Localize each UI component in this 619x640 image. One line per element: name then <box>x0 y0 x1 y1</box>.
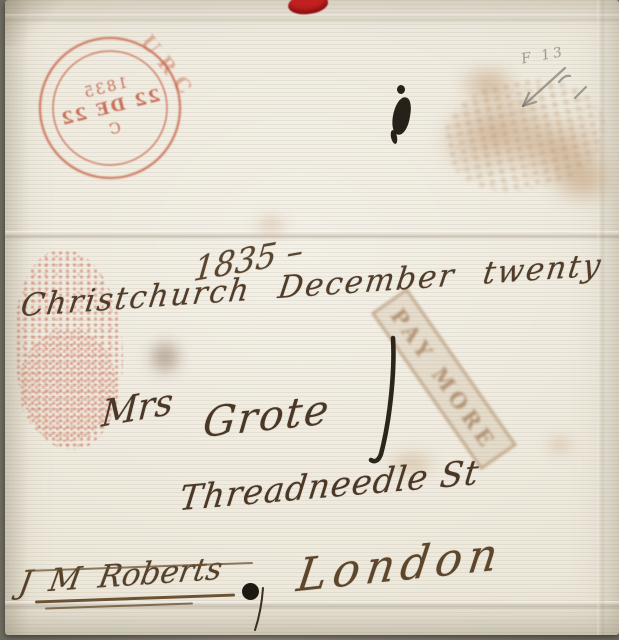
photo-of-letter: 1835 22 DE 22 C URC F 13 <box>0 0 619 640</box>
corner-fold-shadow <box>5 0 75 46</box>
fold-crease-middle <box>5 231 619 240</box>
recipient-name: Grote <box>201 385 333 447</box>
manuscript-charge-1 <box>365 330 405 470</box>
signature-flourish <box>249 586 273 634</box>
fold-crease-top <box>5 14 619 23</box>
franking-signature: J M Roberts <box>16 551 225 602</box>
dark-smudge <box>145 336 185 378</box>
ink-splatter-dot <box>397 85 405 94</box>
pencil-arrow-icon <box>503 46 603 126</box>
recipient-street: Threadneedle St <box>177 453 481 520</box>
letter-front-paper: 1835 22 DE 22 C URC F 13 <box>5 0 619 635</box>
dateline-text: Christchurch December twenty one. <box>18 240 619 324</box>
recipient-city: London <box>294 527 507 603</box>
small-smudge <box>543 432 577 458</box>
datestamp-code-letter: C <box>107 118 122 138</box>
